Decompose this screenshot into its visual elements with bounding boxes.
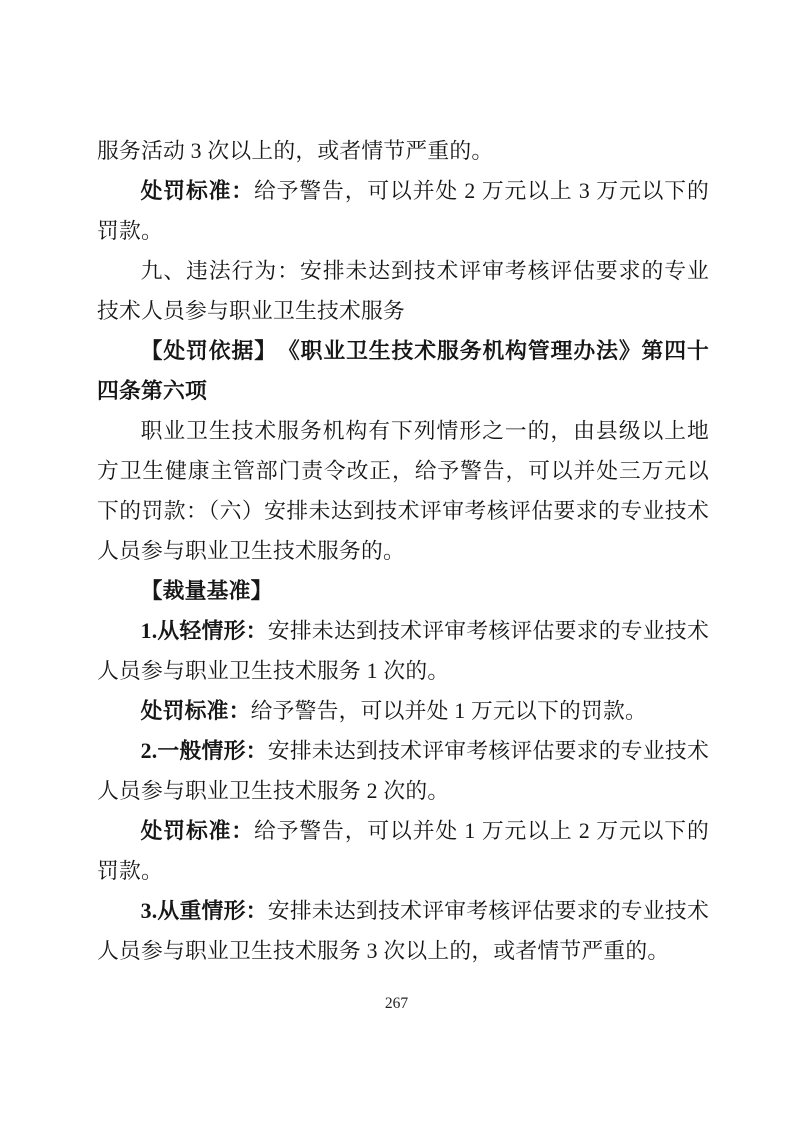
paragraph: 职业卫生技术服务机构有下列情形之一的，由县级以上地方卫生健康主管部门责令改正，给…	[97, 411, 709, 571]
bold-run: 处罚标准：	[141, 699, 251, 723]
page-number: 267	[0, 995, 793, 1013]
document-page: 服务活动 3 次以上的，或者情节严重的。处罚标准：给予警告，可以并处 2 万元以…	[0, 0, 793, 1122]
paragraph: 处罚标准：给予警告，可以并处 1 万元以下的罚款。	[97, 691, 709, 731]
text-run: 服务活动 3 次以上的，或者情节严重的。	[97, 139, 493, 163]
paragraph: 1.从轻情形：安排未达到技术评审考核评估要求的专业技术人员参与职业卫生技术服务 …	[97, 611, 709, 691]
text-run: 九、违法行为：安排未达到技术评审考核评估要求的专业技术人员参与职业卫生技术服务	[97, 259, 709, 323]
paragraph: 服务活动 3 次以上的，或者情节严重的。	[97, 131, 709, 171]
paragraph: 处罚标准：给予警告，可以并处 1 万元以上 2 万元以下的罚款。	[97, 811, 709, 891]
paragraph: 3.从重情形：安排未达到技术评审考核评估要求的专业技术人员参与职业卫生技术服务 …	[97, 891, 709, 971]
paragraph: 【处罚依据】 《职业卫生技术服务机构管理办法》第四十四条第六项	[97, 331, 709, 411]
bold-run: 3.从重情形：	[141, 899, 268, 923]
text-run: 给予警告，可以并处 1 万元以下的罚款。	[251, 699, 647, 723]
bold-run: 2.一般情形：	[141, 739, 268, 763]
bold-run: 【裁量基准】	[141, 579, 273, 603]
paragraph: 九、违法行为：安排未达到技术评审考核评估要求的专业技术人员参与职业卫生技术服务	[97, 251, 709, 331]
paragraph: 处罚标准：给予警告，可以并处 2 万元以上 3 万元以下的罚款。	[97, 171, 709, 251]
paragraph: 2.一般情形：安排未达到技术评审考核评估要求的专业技术人员参与职业卫生技术服务 …	[97, 731, 709, 811]
text-run: 职业卫生技术服务机构有下列情形之一的，由县级以上地方卫生健康主管部门责令改正，给…	[97, 419, 709, 563]
document-body: 服务活动 3 次以上的，或者情节严重的。处罚标准：给予警告，可以并处 2 万元以…	[97, 131, 709, 971]
bold-run: 1.从轻情形：	[141, 619, 268, 643]
bold-run: 处罚标准：	[141, 179, 254, 203]
bold-run: 处罚标准：	[141, 819, 254, 843]
paragraph: 【裁量基准】	[97, 571, 709, 611]
bold-run: 【处罚依据】 《职业卫生技术服务机构管理办法》第四十四条第六项	[97, 339, 709, 403]
